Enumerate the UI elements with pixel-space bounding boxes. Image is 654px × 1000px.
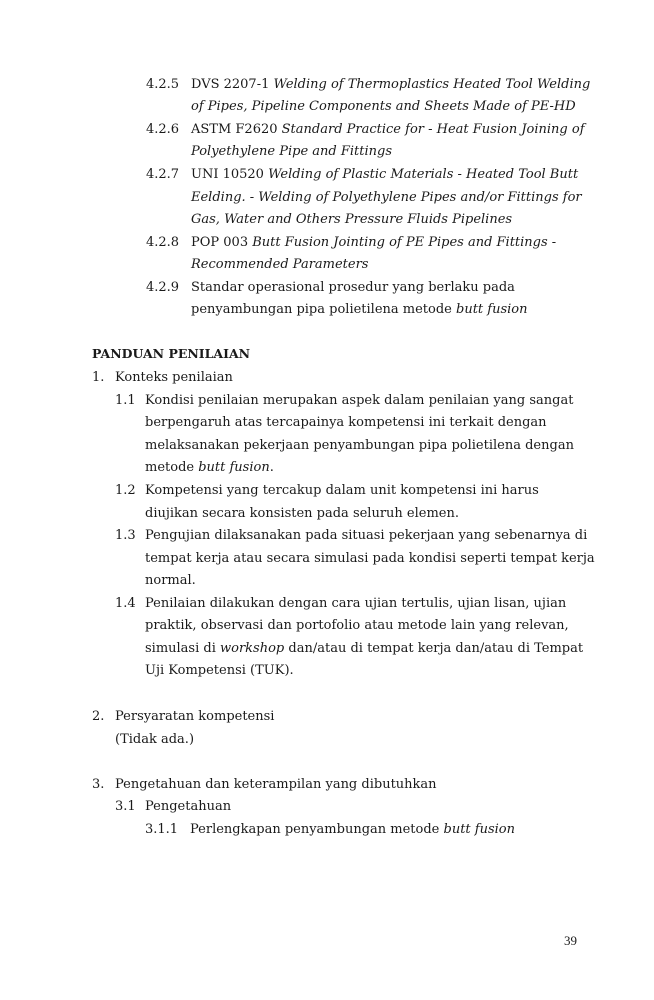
ref-item-4-2-6: ASTM F2620 Standard Practice for - Heat … <box>191 122 585 138</box>
item-text: Perlengkapan penyambungan metode butt fu… <box>190 822 515 838</box>
section-title: Persyaratan kompetensi <box>115 709 274 725</box>
item-number: 1.3 <box>115 528 136 544</box>
ref-item-4-2-5: DVS 2207-1 Welding of Thermoplastics Hea… <box>191 77 578 93</box>
item-text: berpengaruh atas tercapainya kompetensi … <box>145 415 547 431</box>
ref-title: Welding of Thermoplastics Heated Tool We… <box>274 77 591 92</box>
item-text: Uji Kompetensi (TUK). <box>145 663 294 679</box>
ref-title-cont: Eelding. - Welding of Polyethylene Pipes… <box>191 190 582 206</box>
item-text: melaksanakan pekerjaan penyambungan pipa… <box>145 438 574 454</box>
item-number: 1.1 <box>115 393 136 409</box>
ref-code: UNI 10520 <box>191 167 264 182</box>
ref-title-cont: Polyethylene Pipe and Fittings <box>191 144 392 160</box>
ref-code: ASTM F2620 <box>191 122 278 137</box>
italic-term: butt fusion <box>198 460 270 475</box>
italic-term: workshop <box>220 641 284 656</box>
ref-title: Butt Fusion Jointing of PE Pipes and Fit… <box>252 235 556 250</box>
item-text: Kondisi penilaian merupakan aspek dalam … <box>145 393 573 409</box>
section-number: 3. <box>92 777 104 793</box>
section-title: Konteks penilaian <box>115 370 233 386</box>
item-text: metode butt fusion. <box>145 460 274 476</box>
page-number: 39 <box>564 933 577 949</box>
text: metode <box>145 460 198 475</box>
item-number: 1.4 <box>115 596 136 612</box>
text: Perlengkapan penyambungan metode <box>190 822 444 837</box>
ref-item-4-2-9: Standar operasional prosedur yang berlak… <box>191 280 515 296</box>
subsection-number: 3.1 <box>115 799 136 815</box>
text: simulasi di <box>145 641 220 656</box>
item-text: simulasi di workshop dan/atau di tempat … <box>145 641 583 657</box>
ref-code: DVS 2207-1 <box>191 77 269 92</box>
ref-title-cont: Recommended Parameters <box>191 257 368 273</box>
item-text: diujikan secara konsisten pada seluruh e… <box>145 506 459 522</box>
document-page: 4.2.5 DVS 2207-1 Welding of Thermoplasti… <box>0 0 654 1000</box>
ref-number: 4.2.7 <box>146 167 179 183</box>
section-heading: PANDUAN PENILAIAN <box>92 346 250 362</box>
ref-title: Standard Practice for - Heat Fusion Join… <box>282 122 585 137</box>
text: . <box>270 460 274 475</box>
ref-item-4-2-9-cont: penyambungan pipa polietilena metode but… <box>191 302 528 318</box>
ref-code: POP 003 <box>191 235 248 250</box>
item-text: normal. <box>145 573 196 589</box>
text: dan/atau di tempat kerja dan/atau di Tem… <box>284 641 583 656</box>
item-text: praktik, observasi dan portofolio atau m… <box>145 618 569 634</box>
text: penyambungan pipa polietilena metode <box>191 302 456 317</box>
item-text: Penilaian dilakukan dengan cara ujian te… <box>145 596 566 612</box>
section-note: (Tidak ada.) <box>115 732 194 748</box>
item-text: tempat kerja atau secara simulasi pada k… <box>145 551 595 567</box>
item-text: Kompetensi yang tercakup dalam unit komp… <box>145 483 539 499</box>
item-text: Pengujian dilaksanakan pada situasi peke… <box>145 528 587 544</box>
ref-title: Welding of Plastic Materials - Heated To… <box>268 167 578 182</box>
ref-item-4-2-8: POP 003 Butt Fusion Jointing of PE Pipes… <box>191 235 556 251</box>
ref-number: 4.2.6 <box>146 122 179 138</box>
section-title: Pengetahuan dan keterampilan yang dibutu… <box>115 777 437 793</box>
italic-term: butt fusion <box>444 822 516 837</box>
italic-term: butt fusion <box>456 302 528 317</box>
ref-title-cont: of Pipes, Pipeline Components and Sheets… <box>191 99 576 115</box>
section-number: 1. <box>92 370 104 386</box>
item-number: 1.2 <box>115 483 136 499</box>
section-number: 2. <box>92 709 104 725</box>
ref-number: 4.2.9 <box>146 280 179 296</box>
subsection-title: Pengetahuan <box>145 799 231 815</box>
ref-item-4-2-7: UNI 10520 Welding of Plastic Materials -… <box>191 167 578 183</box>
ref-number: 4.2.8 <box>146 235 179 251</box>
ref-title-cont: Gas, Water and Others Pressure Fluids Pi… <box>191 212 512 228</box>
ref-number: 4.2.5 <box>146 77 179 93</box>
item-number: 3.1.1 <box>145 822 178 838</box>
